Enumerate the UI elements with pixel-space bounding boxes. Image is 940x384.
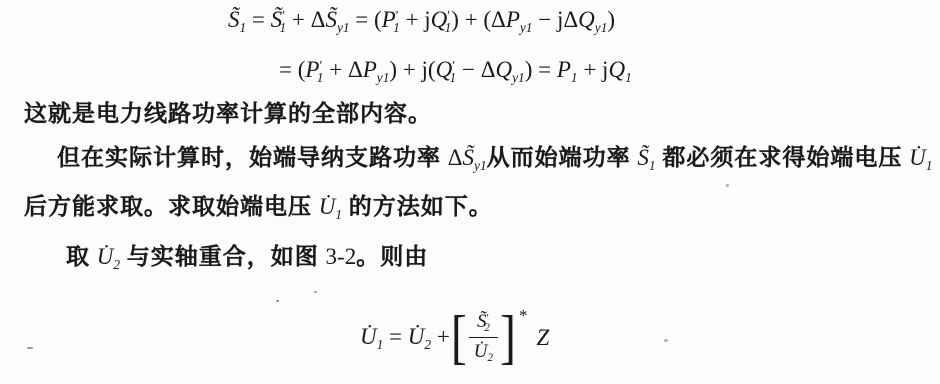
token: Δ: [563, 7, 578, 32]
token: U̇: [474, 341, 488, 362]
scan-speck: [27, 347, 33, 349]
token: 后方能求取。求取始端电压: [24, 194, 319, 219]
token: 1: [926, 158, 933, 173]
scan-speck: [276, 300, 279, 302]
token: ) + j(: [389, 57, 435, 82]
token: + j: [400, 7, 431, 32]
token: Z: [537, 325, 550, 350]
token: U̇: [319, 194, 336, 219]
token: 取: [66, 244, 97, 269]
right-bracket: ]: [499, 308, 517, 368]
token: 但在实际计算时，始端导纳支路功率: [57, 145, 448, 170]
token: U̇: [408, 324, 425, 349]
token: 这就是电力线路功率计算的全部内容。: [24, 101, 432, 126]
fraction: S̃′2 U̇2: [469, 311, 498, 365]
token: Δ: [481, 57, 496, 82]
formula-power-sum-line-2: = (P′1 + ΔPy1) + j(Q′1 − ΔQy1) = P1 + jQ…: [279, 55, 632, 86]
token: 都必须在求得始端电压: [656, 145, 910, 170]
token: 1: [571, 70, 578, 85]
u-formula-lhs: U̇1 = U̇2 +: [360, 322, 450, 353]
scan-speck: [314, 291, 317, 293]
token: Q: [578, 7, 595, 32]
token: y1: [595, 20, 608, 35]
token: =: [383, 324, 407, 349]
token: y1: [520, 20, 533, 35]
token: y1: [474, 158, 487, 173]
token: y1: [337, 20, 350, 35]
token: 与实轴重合，如图: [120, 244, 326, 269]
scanned-textbook-page: { "theme": { "paper": "#fcfcfb", "ink": …: [0, 0, 940, 384]
impedance-variable: Z: [537, 323, 550, 353]
token: 3-2: [326, 244, 357, 269]
token: ) + (: [451, 7, 491, 32]
formula-power-sum-line-1: S̃1 = S̃′1 + ΔS̃y1 = (P′1 + jQ′1) + (ΔPy…: [228, 5, 615, 36]
token: +: [323, 57, 347, 82]
token: P: [506, 7, 520, 32]
token: + j: [578, 57, 609, 82]
token: Δ: [311, 7, 326, 32]
token: 从而始端功率: [487, 145, 638, 170]
token: ) =: [525, 57, 557, 82]
token: S̃: [637, 145, 649, 170]
scan-speck: [664, 339, 668, 342]
fraction-bar: [469, 337, 498, 338]
token: − j: [532, 7, 563, 32]
token: ): [607, 7, 615, 32]
token: 2: [484, 322, 490, 334]
fraction-denominator: U̇2: [469, 341, 498, 365]
token: 1: [393, 20, 400, 35]
token: Δ: [491, 7, 506, 32]
paragraph-practical-calc-line-2: 后方能求取。求取始端电压 U̇1 的方法如下。: [24, 192, 493, 223]
left-bracket: [: [450, 308, 468, 368]
paragraph-conclusion: 这就是电力线路功率计算的全部内容。: [24, 99, 432, 129]
token: = (: [350, 7, 382, 32]
token: =: [246, 7, 270, 32]
token: +: [286, 7, 310, 32]
token: y1: [512, 70, 525, 85]
token: S̃: [463, 145, 475, 170]
token: U̇: [97, 244, 114, 269]
formula-voltage-u1: U̇1 = U̇2 + [ S̃′2 U̇2 ] * Z: [360, 296, 549, 380]
token: = (: [279, 57, 305, 82]
token: y1: [377, 70, 390, 85]
token: U̇: [909, 145, 926, 170]
token: +: [431, 324, 450, 349]
token: 1: [625, 70, 632, 85]
token: P: [363, 57, 377, 82]
token: Q: [495, 57, 512, 82]
token: U̇: [360, 324, 377, 349]
conjugate-star: *: [519, 305, 528, 327]
scan-speck: [726, 184, 729, 187]
token: Δ: [348, 57, 363, 82]
paragraph-take-u2-real-axis: 取 U̇2 与实轴重合，如图 3-2。则由: [66, 242, 428, 273]
token: P: [557, 57, 571, 82]
token: 。则由: [356, 244, 428, 269]
token: Δ: [448, 145, 463, 170]
token: S̃: [228, 7, 240, 32]
token: S̃: [325, 7, 337, 32]
token: Q: [608, 57, 625, 82]
paragraph-practical-calc-line-1: 但在实际计算时，始端导纳支路功率 ΔS̃y1从而始端功率 S̃1 都必须在求得始…: [57, 143, 932, 174]
token: 2: [488, 352, 494, 364]
fraction-numerator: S̃′2: [472, 311, 495, 335]
token: 1: [649, 158, 656, 173]
token: −: [456, 57, 480, 82]
document-page: S̃1 = S̃′1 + ΔS̃y1 = (P′1 + jQ′1) + (ΔPy…: [0, 0, 940, 384]
token: 的方法如下。: [342, 194, 493, 219]
